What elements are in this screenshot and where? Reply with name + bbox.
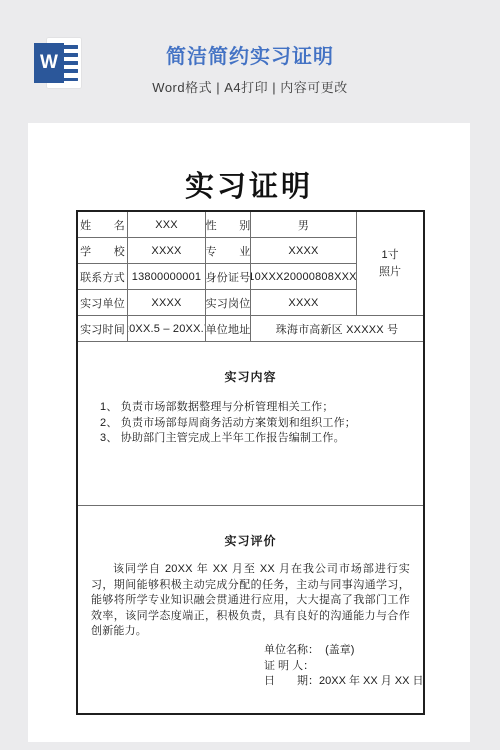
content-item: 1、 负责市场部数据整理与分析管理相关工作； bbox=[100, 400, 423, 416]
photo-label-line2: 照片 bbox=[379, 264, 401, 281]
field-value-position: XXXX bbox=[251, 290, 357, 316]
date-label: 日 期： bbox=[264, 674, 319, 690]
document-title: 实习证明 bbox=[28, 164, 470, 205]
template-title: 简洁简约实习证明 bbox=[0, 40, 500, 69]
field-label-major: 专 业 bbox=[206, 238, 251, 264]
field-value-name: XXX bbox=[128, 212, 206, 238]
field-value-major: XXXX bbox=[251, 238, 357, 264]
company-name-label: 单位名称： bbox=[264, 643, 319, 659]
certifier-label: 证 明 人： bbox=[264, 659, 314, 675]
field-label-period: 实习时间 bbox=[78, 316, 128, 342]
field-value-company: XXXX bbox=[128, 290, 206, 316]
template-subtitle: Word格式 | A4打印 | 内容可更改 bbox=[0, 77, 500, 96]
content-item: 2、 负责市场部每周商务活动方案策划和组织工作； bbox=[100, 416, 423, 432]
signature-certifier-line: 证 明 人： bbox=[264, 659, 424, 675]
content-list: 1、 负责市场部数据整理与分析管理相关工作； 2、 负责市场部每周商务活动方案策… bbox=[78, 400, 423, 447]
field-label-school: 学 校 bbox=[78, 238, 128, 264]
company-name-value: (盖章) bbox=[319, 643, 354, 659]
signature-date-line: 日 期： 20XX 年 XX 月 XX 日 bbox=[264, 674, 424, 690]
info-grid: 姓 名 XXX 性 别 男 1寸 照片 学 校 XXXX 专 业 XXXX 联系… bbox=[78, 212, 423, 342]
field-value-period: 20XX.5 – 20XX.7 bbox=[128, 316, 206, 342]
field-value-contact: 13800000001 bbox=[128, 264, 206, 290]
signature-block: 单位名称： (盖章) 证 明 人： 日 期： 20XX 年 XX 月 XX 日 bbox=[264, 643, 424, 690]
field-value-id-number: 110XXX20000808XXXX bbox=[251, 264, 357, 290]
internship-content-section: 实习内容 1、 负责市场部数据整理与分析管理相关工作； 2、 负责市场部每周商务… bbox=[78, 342, 423, 506]
field-label-position: 实习岗位 bbox=[206, 290, 251, 316]
content-item: 3、 协助部门主管完成上半年工作报告编制工作。 bbox=[100, 431, 423, 447]
field-value-gender: 男 bbox=[251, 212, 357, 238]
a4-page: 实习证明 姓 名 XXX 性 别 男 1寸 照片 学 校 XXXX 专 业 XX… bbox=[28, 123, 470, 742]
field-label-company: 实习单位 bbox=[78, 290, 128, 316]
content-heading: 实习内容 bbox=[78, 342, 423, 385]
photo-label-line1: 1寸 bbox=[381, 247, 398, 264]
signature-company-line: 单位名称： (盖章) bbox=[264, 643, 424, 659]
field-label-name: 姓 名 bbox=[78, 212, 128, 238]
field-label-gender: 性 别 bbox=[206, 212, 251, 238]
field-value-address: 珠海市高新区 XXXXX 号 bbox=[251, 316, 423, 342]
evaluation-paragraph: 该同学自 20XX 年 XX 月至 XX 月在我公司市场部进行实习，期间能够积极… bbox=[78, 562, 423, 640]
date-value: 20XX 年 XX 月 XX 日 bbox=[319, 674, 424, 690]
field-label-contact: 联系方式 bbox=[78, 264, 128, 290]
photo-placeholder: 1寸 照片 bbox=[357, 212, 423, 316]
evaluation-heading: 实习评价 bbox=[78, 506, 423, 549]
internship-evaluation-section: 实习评价 该同学自 20XX 年 XX 月至 XX 月在我公司市场部进行实习，期… bbox=[78, 506, 423, 713]
field-label-id-number: 身份证号 bbox=[206, 264, 251, 290]
template-header: W 简洁简约实习证明 Word格式 | A4打印 | 内容可更改 bbox=[0, 0, 500, 123]
certificate-table: 姓 名 XXX 性 别 男 1寸 照片 学 校 XXXX 专 业 XXXX 联系… bbox=[76, 210, 425, 715]
field-value-school: XXXX bbox=[128, 238, 206, 264]
field-label-address: 单位地址 bbox=[206, 316, 251, 342]
